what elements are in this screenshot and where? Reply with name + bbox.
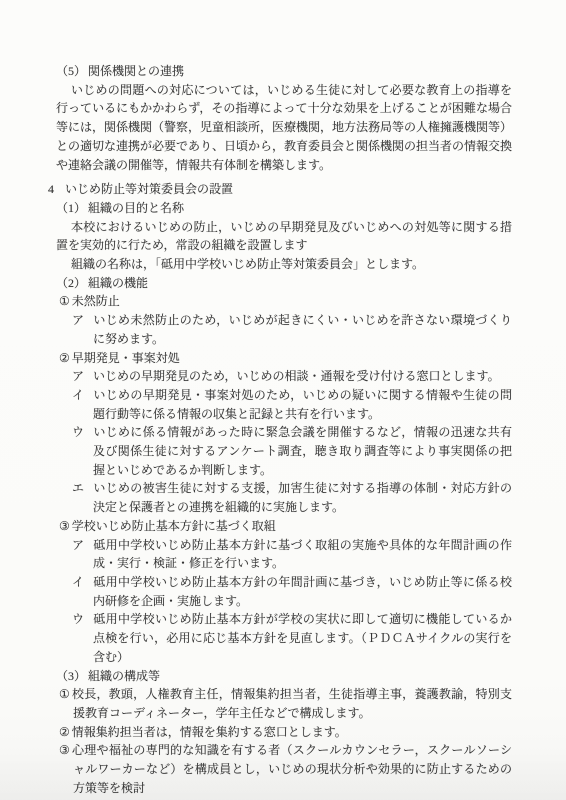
list-item-circled: ①未然防止: [59, 292, 512, 311]
numbered-heading: 4いじめ防止等対策委員会の設置: [48, 180, 512, 199]
section-number: 4: [48, 182, 54, 196]
item-marker: エ: [72, 481, 84, 495]
heading-text: いじめ防止等対策委員会の設置: [65, 182, 233, 196]
item-text: いじめの早期発見のため，いじめの相談・通報を受け付ける窓口とします。: [93, 369, 500, 383]
paragraph: いじめの問題への対応については，いじめる生徒に対して必要な教育上の指導を行ってい…: [56, 81, 512, 175]
item-marker: ア: [72, 313, 84, 327]
item-text: 学校いじめ防止基本方針に基づく取組: [72, 519, 276, 533]
list-item-circled: ①校長，教頭，人権教育主任，情報集約担当者，生徒指導主事，養護教諭，特別支援教育…: [59, 685, 512, 722]
section-number: （2）: [56, 276, 86, 290]
item-text: 砥用中学校いじめ防止基本方針が学校の実状に即して適切に機能しているか点検を行い，…: [93, 612, 512, 663]
section-number: （1）: [56, 201, 86, 215]
list-item-katakana: アいじめ未然防止のため，いじめが起きにくい・いじめを許さない環境づくりに努めます…: [72, 311, 512, 348]
item-marker: ア: [72, 538, 84, 552]
item-marker: ③: [59, 743, 70, 757]
item-text: 心理や福祉の専門的な知識を有する者（スクールカウンセラー，スクールソーシャルワー…: [72, 743, 512, 794]
item-text: 未然防止: [72, 294, 120, 308]
list-item-katakana: アいじめの早期発見のため，いじめの相談・通報を受け付ける窓口とします。: [72, 367, 512, 386]
list-item-circled: ②早期発見・事案対処: [59, 349, 512, 368]
section-heading: （3）組織の構成等: [56, 667, 512, 686]
list-item-circled: ③心理や福祉の専門的な知識を有する者（スクールカウンセラー，スクールソーシャルワ…: [59, 741, 512, 797]
item-text: 校長，教頭，人権教育主任，情報集約担当者，生徒指導主事，養護教諭，特別支援教育コ…: [72, 687, 512, 720]
item-marker: イ: [72, 575, 84, 589]
list-item-circled: ②情報集約担当者は，情報を集約する窓口とします。: [59, 723, 512, 742]
item-marker: ③: [59, 519, 70, 533]
document-page: （5）関係機関との連携 いじめの問題への対応については，いじめる生徒に対して必要…: [0, 0, 566, 800]
list-item-katakana: イ砥用中学校いじめ防止基本方針の年間計画に基づき，いじめ防止等に係る校内研修を企…: [72, 573, 512, 610]
section-heading: （2）組織の機能: [56, 274, 512, 293]
list-item-katakana: ウいじめに係る情報があった時に緊急会議を開催するなど，情報の迅速な共有及び関係生…: [72, 423, 512, 479]
paragraph: 組織の名称は，「砥用中学校いじめ防止等対策委員会」とします。: [56, 255, 512, 274]
item-marker: ア: [72, 369, 84, 383]
item-marker: ①: [59, 294, 70, 308]
section-number: （3）: [56, 669, 86, 683]
section-heading: （5）関係機関との連携: [56, 62, 512, 81]
heading-text: 組織の機能: [88, 276, 148, 290]
item-marker: ①: [59, 687, 70, 701]
item-marker: ウ: [72, 612, 84, 626]
list-item-katakana: エいじめの被害生徒に対する支援，加害生徒に対する指導の体制・対応方針の決定と保護…: [72, 479, 512, 516]
heading-text: 関係機関との連携: [88, 64, 184, 78]
item-text: いじめの早期発見・事案対処のため，いじめの疑いに関する情報や生徒の問題行動等に係…: [93, 388, 512, 421]
list-item-katakana: ウ砥用中学校いじめ防止基本方針が学校の実状に即して適切に機能しているか点検を行い…: [72, 610, 512, 666]
item-text: いじめ未然防止のため，いじめが起きにくい・いじめを許さない環境づくりに努めます。: [93, 313, 512, 346]
section-heading: （1）組織の目的と名称: [56, 199, 512, 218]
heading-text: 組織の目的と名称: [88, 201, 184, 215]
item-text: いじめに係る情報があった時に緊急会議を開催するなど，情報の迅速な共有及び関係生徒…: [93, 425, 512, 476]
list-item-katakana: イいじめの早期発見・事案対処のため，いじめの疑いに関する情報や生徒の問題行動等に…: [72, 386, 512, 423]
heading-text: 組織の構成等: [88, 669, 160, 683]
document-content: （5）関係機関との連携 いじめの問題への対応については，いじめる生徒に対して必要…: [0, 0, 566, 797]
list-item-katakana: ア砥用中学校いじめ防止基本方針に基づく取組の実施や具体的な年間計画の作成・実行・…: [72, 536, 512, 573]
section-number: （5）: [56, 64, 86, 78]
item-text: 砥用中学校いじめ防止基本方針に基づく取組の実施や具体的な年間計画の作成・実行・検…: [93, 538, 512, 571]
item-text: 早期発見・事案対処: [72, 351, 180, 365]
item-marker: ②: [59, 351, 70, 365]
paragraph: 本校におけるいじめの防止，いじめの早期発見及びいじめへの対処等に関する措置を実効…: [56, 218, 512, 255]
item-text: いじめの被害生徒に対する支援，加害生徒に対する指導の体制・対応方針の決定と保護者…: [93, 481, 512, 514]
item-marker: イ: [72, 388, 84, 402]
item-marker: ウ: [72, 425, 84, 439]
list-item-circled: ③学校いじめ防止基本方針に基づく取組: [59, 517, 512, 536]
item-text: 砥用中学校いじめ防止基本方針の年間計画に基づき，いじめ防止等に係る校内研修を企画…: [93, 575, 512, 608]
item-text: 情報集約担当者は，情報を集約する窓口とします。: [72, 725, 347, 739]
item-marker: ②: [59, 725, 70, 739]
